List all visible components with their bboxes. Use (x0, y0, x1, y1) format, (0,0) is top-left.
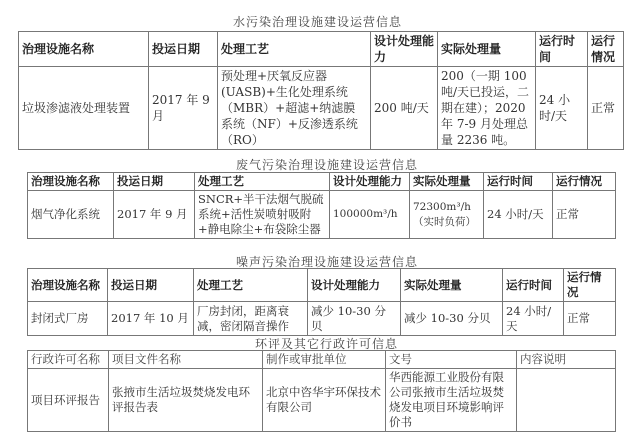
table-row: 垃圾渗滤液处理装置 2017 年 9 月 预处理+厌氧反应器(UASB)+生化处… (19, 67, 624, 150)
air-pollution-table: 治理设施名称 投运日期 处理工艺 设计处理能力 实际处理量 运行时间 运行情况 … (27, 172, 616, 239)
cell-facility-name: 封闭式厂房 (28, 302, 108, 336)
cell-process: 厂房封闭，距离衰减，密闭隔音操作 (194, 302, 308, 336)
cell-start-date: 2017 年 9 月 (149, 67, 218, 150)
cell-facility-name: 垃圾渗滤液处理装置 (19, 67, 149, 150)
table-row: 项目环评报告 张掖市生活垃圾焚烧发电环评报告表 北京中咨华宇环保技术有限公司 华… (28, 369, 616, 432)
cell-process: 预处理+厌氧反应器(UASB)+生化处理系统（MBR）+超滤+纳滤膜系统（NF）… (218, 67, 371, 150)
header-run-time: 运行时间 (536, 32, 588, 67)
cell-document-number: 华西能源工业股份有限公司张掖市生活垃圾焚烧发电项目环境影响评价书 (386, 369, 517, 432)
header-process: 处理工艺 (195, 173, 330, 191)
header-process: 处理工艺 (218, 32, 371, 67)
water-table-title: 水污染治理设施建设运营信息 (233, 13, 402, 30)
header-actual-volume: 实际处理量 (438, 32, 536, 67)
water-pollution-table: 治理设施名称 投运日期 处理工艺 设计处理能力 实际处理量 运行时间 运行情况 … (18, 31, 624, 150)
header-issuing-unit: 制作或审批单位 (263, 351, 386, 369)
cell-actual-volume: 72300m³/h（实时负荷） (410, 191, 484, 239)
header-design-capacity: 设计处理能力 (330, 173, 410, 191)
cell-run-time: 24 小时/天 (536, 67, 588, 150)
header-design-capacity: 设计处理能力 (371, 32, 438, 67)
cell-permit-name: 项目环评报告 (28, 369, 109, 432)
header-design-capacity: 设计处理能力 (308, 269, 401, 302)
header-start-date: 投运日期 (108, 269, 194, 302)
table-header-row: 行政许可名称 项目文件名称 制作或审批单位 文号 内容说明 (28, 351, 616, 369)
header-status: 运行情况 (553, 173, 616, 191)
header-run-time: 运行时间 (484, 173, 553, 191)
table-row: 烟气净化系统 2017 年 9 月 SNCR+半干法烟气脱硫系统+活性炭喷射吸附… (28, 191, 616, 239)
header-facility-name: 治理设施名称 (19, 32, 149, 67)
header-document-name: 项目文件名称 (109, 351, 263, 369)
cell-status: 正常 (588, 67, 624, 150)
header-description: 内容说明 (517, 351, 616, 369)
air-table-title: 废气污染治理设施建设运营信息 (236, 156, 418, 173)
table-header-row: 治理设施名称 投运日期 处理工艺 设计处理能力 实际处理量 运行时间 运行情况 (28, 269, 616, 302)
cell-status: 正常 (553, 191, 616, 239)
header-permit-name: 行政许可名称 (28, 351, 109, 369)
cell-start-date: 2017 年 9 月 (114, 191, 195, 239)
cell-facility-name: 烟气净化系统 (28, 191, 114, 239)
table-row: 封闭式厂房 2017 年 10 月 厂房封闭，距离衰减，密闭隔音操作 减少 10… (28, 302, 616, 336)
cell-process: SNCR+半干法烟气脱硫系统+活性炭喷射吸附+静电除尘+布袋除尘器 (195, 191, 330, 239)
cell-issuing-unit: 北京中咨华宇环保技术有限公司 (263, 369, 386, 432)
cell-design-capacity: 100000m³/h (330, 191, 410, 239)
header-run-time: 运行时间 (503, 269, 564, 302)
cell-document-name: 张掖市生活垃圾焚烧发电环评报告表 (109, 369, 263, 432)
header-start-date: 投运日期 (149, 32, 218, 67)
header-status: 运行情况 (564, 269, 616, 302)
header-facility-name: 治理设施名称 (28, 269, 108, 302)
cell-description (517, 369, 616, 432)
cell-design-capacity: 200 吨/天 (371, 67, 438, 150)
table-header-row: 治理设施名称 投运日期 处理工艺 设计处理能力 实际处理量 运行时间 运行情况 (19, 32, 624, 67)
table-header-row: 治理设施名称 投运日期 处理工艺 设计处理能力 实际处理量 运行时间 运行情况 (28, 173, 616, 191)
cell-status: 正常 (564, 302, 616, 336)
cell-design-capacity: 减少 10-30 分贝 (308, 302, 401, 336)
cell-start-date: 2017 年 10 月 (108, 302, 194, 336)
cell-run-time: 24 小时/天 (484, 191, 553, 239)
header-document-number: 文号 (386, 351, 517, 369)
permit-info-table: 行政许可名称 项目文件名称 制作或审批单位 文号 内容说明 项目环评报告 张掖市… (27, 350, 616, 432)
header-status: 运行情况 (588, 32, 624, 67)
noise-pollution-table: 治理设施名称 投运日期 处理工艺 设计处理能力 实际处理量 运行时间 运行情况 … (27, 268, 616, 336)
header-actual-volume: 实际处理量 (410, 173, 484, 191)
header-process: 处理工艺 (194, 269, 308, 302)
header-actual-volume: 实际处理量 (401, 269, 503, 302)
cell-actual-volume: 减少 10-30 分贝 (401, 302, 503, 336)
cell-run-time: 24 小时/天 (503, 302, 564, 336)
cell-actual-volume: 200（一期 100 吨/天已投运，二期在建）；2020 年 7-9 月处理总量… (438, 67, 536, 150)
header-facility-name: 治理设施名称 (28, 173, 114, 191)
header-start-date: 投运日期 (114, 173, 195, 191)
